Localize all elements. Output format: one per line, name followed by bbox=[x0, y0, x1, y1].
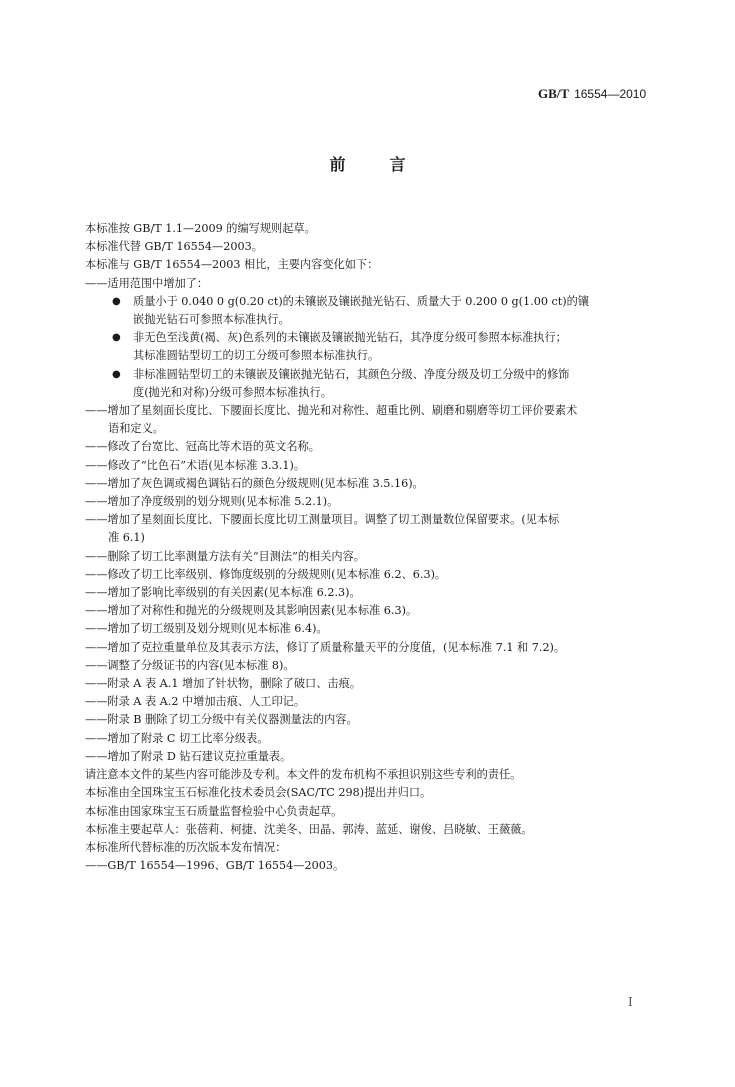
drafted-by: 本标准由国家珠宝玉石质量监督检验中心负责起草。 bbox=[85, 803, 655, 821]
change-item: ——附录 B 删除了切工分级中有关仪器测量法的内容。 bbox=[85, 711, 655, 729]
bullet-item: ● 质量小于 0.040 0 g(0.20 ct)的未镶嵌及镶嵌抛光钻石、质量大… bbox=[85, 293, 655, 329]
change-item: ——删除了切工比率测量方法有关“目测法”的相关内容。 bbox=[85, 548, 655, 566]
standard-code: GB/T16554—2010 bbox=[538, 86, 646, 102]
paragraph-changes-intro: 本标准与 GB/T 16554—2003 相比，主要内容变化如下： bbox=[85, 256, 655, 274]
change-item: ——增加了星刻面长度比、下腰面长度比切工测量项目。调整了切工测量数位保留要求。(… bbox=[85, 511, 655, 547]
change-item: ——增加了星刻面长度比、下腰面长度比、抛光和对称性、超重比例、刷磨和剔磨等切工评… bbox=[85, 402, 655, 438]
bullet-icon: ● bbox=[112, 329, 121, 347]
title-char-2: 言 bbox=[390, 152, 406, 175]
history-intro: 本标准所代替标准的历次版本发布情况： bbox=[85, 839, 655, 857]
paragraph-drafting-rules: 本标准按 GB/T 1.1—2009 的编写规则起草。 bbox=[85, 220, 655, 238]
change-item: ——增加了附录 D 钻石建议克拉重量表。 bbox=[85, 748, 655, 766]
change-item: ——增加了克拉重量单位及其表示方法，修订了质量称量天平的分度值，(见本标准 7.… bbox=[85, 639, 655, 657]
change-item: ——增加了净度级别的划分规则(见本标准 5.2.1)。 bbox=[85, 493, 655, 511]
change-item: ——调整了分级证书的内容(见本标准 8)。 bbox=[85, 657, 655, 675]
change-item: ——增加了切工级别及划分规则(见本标准 6.4)。 bbox=[85, 620, 655, 638]
bullet-item: ● 非标准圆钻型切工的未镶嵌及镶嵌抛光钻石，其颜色分级、净度分级及切工分级中的修… bbox=[85, 366, 655, 402]
change-item: ——增加了灰色调或褐色调钻石的颜色分级规则(见本标准 3.5.16)。 bbox=[85, 475, 655, 493]
standard-code-number: 16554—2010 bbox=[574, 87, 646, 101]
change-item: ——附录 A 表 A.1 增加了针状物，删除了破口、击痕。 bbox=[85, 675, 655, 693]
drafters-list: 本标准主要起草人：张蓓莉、柯捷、沈美冬、田晶、郭涛、蓝延、谢俊、吕晓敏、王薇薇。 bbox=[85, 821, 655, 839]
change-item: ——增加了附录 C 切工比率分级表。 bbox=[85, 730, 655, 748]
change-item: ——增加了对称性和抛光的分级规则及其影响因素(见本标准 6.3)。 bbox=[85, 602, 655, 620]
scope-change-intro: ——适用范围中增加了： bbox=[85, 275, 655, 293]
page-number: I bbox=[628, 995, 633, 1009]
paragraph-replaces: 本标准代替 GB/T 16554—2003。 bbox=[85, 238, 655, 256]
standard-code-prefix: GB/T bbox=[538, 86, 569, 101]
page-title: 前言 bbox=[0, 152, 735, 175]
change-item: ——修改了台宽比、冠高比等术语的英文名称。 bbox=[85, 438, 655, 456]
history-versions: ——GB/T 16554—1996、GB/T 16554—2003。 bbox=[85, 857, 655, 875]
title-char-1: 前 bbox=[329, 152, 345, 175]
change-item: ——修改了切工比率级别、修饰度级别的分级规则(见本标准 6.2、6.3)。 bbox=[85, 566, 655, 584]
proposed-by: 本标准由全国珠宝玉石标准化技术委员会(SAC/TC 298)提出并归口。 bbox=[85, 784, 655, 802]
change-item: ——修改了“比色石”术语(见本标准 3.3.1)。 bbox=[85, 457, 655, 475]
foreword-body: 本标准按 GB/T 1.1—2009 的编写规则起草。 本标准代替 GB/T 1… bbox=[85, 220, 655, 875]
bullet-icon: ● bbox=[112, 366, 121, 384]
bullet-item: ● 非无色至浅黄(褐、灰)色系列的未镶嵌及镶嵌抛光钻石，其净度分级可参照本标准执… bbox=[85, 329, 655, 365]
change-item: ——附录 A 表 A.2 中增加击痕、人工印记。 bbox=[85, 693, 655, 711]
bullet-icon: ● bbox=[112, 293, 121, 311]
change-item: ——增加了影响比率级别的有关因素(见本标准 6.2.3)。 bbox=[85, 584, 655, 602]
patent-notice: 请注意本文件的某些内容可能涉及专利。本文件的发布机构不承担识别这些专利的责任。 bbox=[85, 766, 655, 784]
